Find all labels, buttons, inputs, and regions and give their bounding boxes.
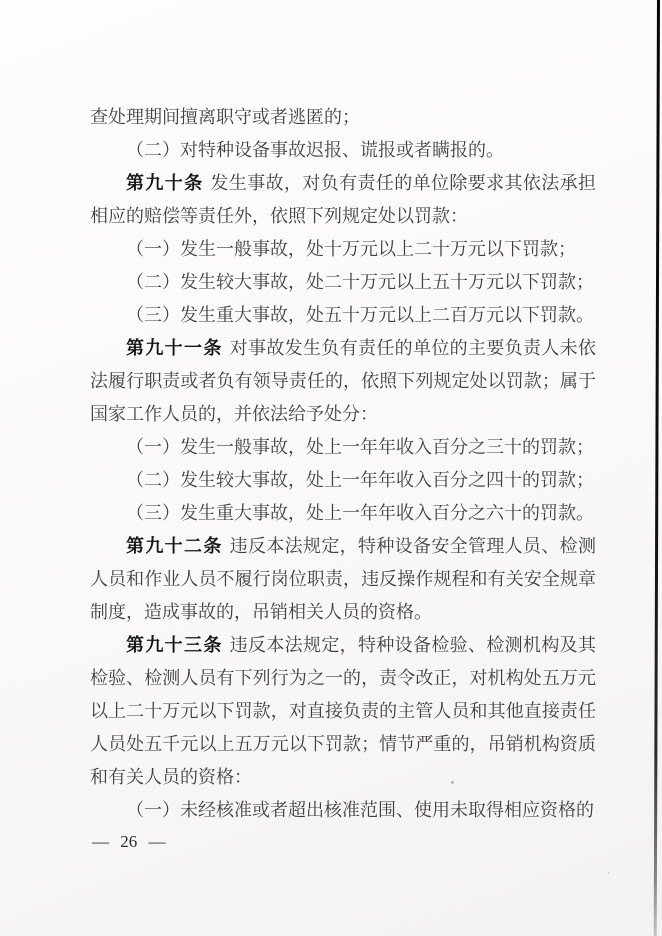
paragraph: （一）发生一般事故，处上一年年收入百分之三十的罚款； [90,431,596,464]
paragraph: 第九十条发生事故，对负有责任的单位除要求其依法承担相应的赔偿等责任外，依照下列规… [90,167,596,233]
paragraph: （一）未经核准或者超出核准范围、使用未取得相应资格的 [90,794,596,827]
scan-speck [608,872,610,874]
paragraph: （二）发生较大事故，处二十万元以上五十万元以下罚款； [90,266,596,299]
page-number: — 26 — [92,831,166,853]
document-page: 查处理期间擅离职守或者逃匿的； （二）对特种设备事故迟报、谎报或者瞒报的。 第九… [0,0,662,936]
article-number: 第九十二条 [126,536,223,556]
paragraph-text: （一）发生一般事故，处十万元以上二十万元以下罚款； [126,239,576,259]
paragraph-text: （二）对特种设备事故迟报、谎报或者瞒报的。 [126,140,504,160]
paragraph: （二）发生较大事故，处上一年年收入百分之四十的罚款； [90,464,596,497]
paragraph: 第九十一条对事故发生负有责任的单位的主要负责人未依法履行职责或者负有领导责任的，… [90,332,596,431]
article-number: 第九十条 [126,173,204,193]
paragraph-text: （二）发生较大事故，处二十万元以上五十万元以下罚款； [126,272,594,292]
paragraph: （三）发生重大事故，处五十万元以上二百万元以下罚款。 [90,299,596,332]
paragraph: 第九十二条违反本法规定，特种设备安全管理人员、检测人员和作业人员不履行岗位职责，… [90,530,596,629]
paragraph-text: 查处理期间擅离职守或者逃匿的； [90,107,360,127]
paragraph-text: （三）发生重大事故，处五十万元以上二百万元以下罚款。 [126,305,594,325]
paragraph-text: （三）发生重大事故，处上一年年收入百分之六十的罚款。 [126,503,594,523]
paragraph-text: （一）未经核准或者超出核准范围、使用未取得相应资格的 [126,800,594,820]
article-number: 第九十三条 [126,635,223,655]
scan-speck [451,781,454,784]
paragraph: （一）发生一般事故，处十万元以上二十万元以下罚款； [90,233,596,266]
paragraph-text: （二）发生较大事故，处上一年年收入百分之四十的罚款； [126,470,594,490]
paragraph: 第九十三条违反本法规定，特种设备检验、检测机构及其检验、检测人员有下列行为之一的… [90,629,596,794]
article-number: 第九十一条 [126,338,223,358]
paragraph-text: 违反本法规定，特种设备检验、检测机构及其检验、检测人员有下列行为之一的，责令改正… [90,635,596,787]
paragraph: （二）对特种设备事故迟报、谎报或者瞒报的。 [90,134,596,167]
paragraph: 查处理期间擅离职守或者逃匿的； [90,101,596,134]
paragraph: （三）发生重大事故，处上一年年收入百分之六十的罚款。 [90,497,596,530]
paragraph-text: （一）发生一般事故，处上一年年收入百分之三十的罚款； [126,437,594,457]
body-text: 查处理期间擅离职守或者逃匿的； （二）对特种设备事故迟报、谎报或者瞒报的。 第九… [90,101,596,827]
scan-edge-line [654,0,660,936]
